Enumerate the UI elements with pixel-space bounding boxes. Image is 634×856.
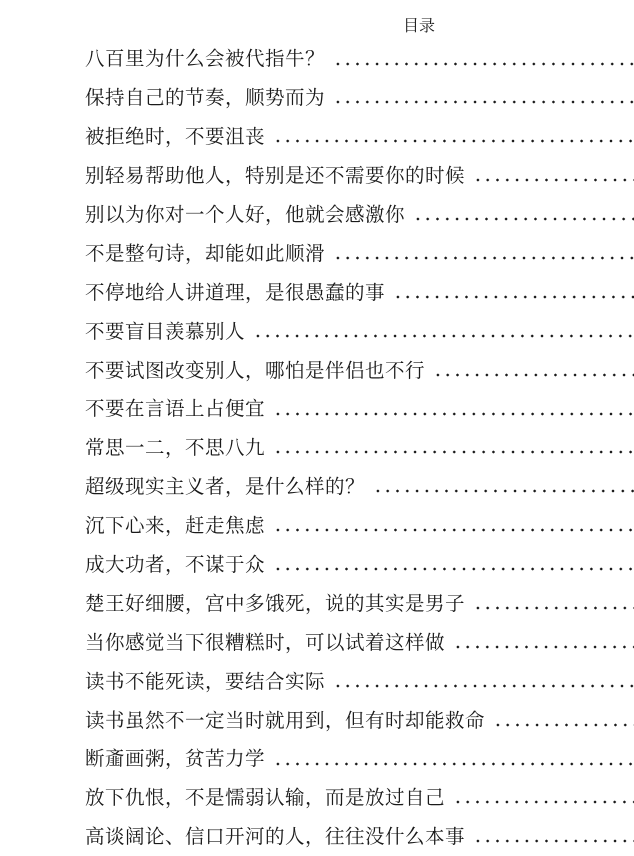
toc-entry-title: 别以为你对一个人好，他就会感激你	[85, 199, 405, 227]
toc-entry[interactable]: 读书不能死读，要结合实际	[0, 660, 634, 699]
dot-leader	[371, 466, 634, 505]
toc-entry-title: 读书不能死读，要结合实际	[85, 666, 325, 694]
dot-leader	[271, 116, 634, 155]
toc-entry[interactable]: 保持自己的节奏，顺势而为	[0, 77, 634, 116]
dot-leader	[331, 38, 634, 77]
toc-entry[interactable]: 别轻易帮助他人，特别是还不需要你的时候	[0, 155, 634, 194]
toc-entry[interactable]: 沉下心来，赶走焦虑	[0, 505, 634, 544]
toc-entry[interactable]: 不要在言语上占便宜	[0, 388, 634, 427]
toc-entry-title: 不要试图改变别人，哪怕是伴侣也不行	[85, 355, 425, 383]
dot-leader	[271, 388, 634, 427]
toc-entry[interactable]: 楚王好细腰，宫中多饿死，说的其实是男子	[0, 582, 634, 621]
dot-leader	[331, 660, 634, 699]
dot-leader	[451, 621, 634, 660]
toc-entry-title: 保持自己的节奏，顺势而为	[85, 82, 325, 110]
toc-entry-title: 别轻易帮助他人，特别是还不需要你的时候	[85, 160, 465, 188]
toc-entry-title: 高谈阔论、信口开河的人，往往没什么本事	[85, 821, 465, 849]
dot-leader	[271, 505, 634, 544]
toc-entry[interactable]: 常思一二，不思八九	[0, 427, 634, 466]
toc-entry-title: 沉下心来，赶走焦虑	[85, 510, 265, 538]
toc-entry[interactable]: 不是整句诗，却能如此顺滑	[0, 232, 634, 271]
dot-leader	[271, 427, 634, 466]
toc-entry-title: 楚王好细腰，宫中多饿死，说的其实是男子	[85, 588, 465, 616]
toc-entry-title: 常思一二，不思八九	[85, 432, 265, 460]
page-title: 目录	[403, 17, 435, 37]
toc-entry[interactable]: 被拒绝时，不要沮丧	[0, 116, 634, 155]
dot-leader	[251, 310, 634, 349]
toc-entry-title: 不停地给人讲道理，是很愚蠢的事	[85, 277, 385, 305]
toc-entry-title: 放下仇恨，不是懦弱认输，而是放过自己	[85, 782, 445, 810]
toc-entry-title: 不是整句诗，却能如此顺滑	[85, 238, 325, 266]
toc-entry[interactable]: 断齑画粥，贫苦力学	[0, 738, 634, 777]
dot-leader	[331, 77, 634, 116]
dot-leader	[471, 155, 634, 194]
toc-entry-title: 成大功者，不谋于众	[85, 549, 265, 577]
toc-entry-title: 被拒绝时，不要沮丧	[85, 121, 265, 149]
toc-entry-title: 读书虽然不一定当时就用到，但有时却能救命	[85, 705, 485, 733]
toc-entry-title: 断齑画粥，贫苦力学	[85, 743, 265, 771]
toc-entry-title: 超级现实主义者，是什么样的？	[85, 471, 365, 499]
dot-leader	[431, 349, 634, 388]
toc-page: 目录 八百里为什么会被代指牛？ 保持自己的节奏，顺势而为 被拒绝时，不要沮丧 别…	[0, 0, 634, 856]
toc-entry[interactable]: 当你感觉当下很糟糕时，可以试着这样做	[0, 621, 634, 660]
dot-leader	[451, 777, 634, 816]
toc-entry-title: 当你感觉当下很糟糕时，可以试着这样做	[85, 627, 445, 655]
toc-entry[interactable]: 不停地给人讲道理，是很愚蠢的事	[0, 271, 634, 310]
dot-leader	[491, 699, 634, 738]
toc-entry-title: 不要盲目羡慕别人	[85, 316, 245, 344]
dot-leader	[391, 271, 634, 310]
toc-entry[interactable]: 不要盲目羡慕别人	[0, 310, 634, 349]
dot-leader	[331, 232, 634, 271]
toc-entry[interactable]: 超级现实主义者，是什么样的？	[0, 466, 634, 505]
dot-leader	[471, 816, 634, 855]
dot-leader	[411, 194, 634, 233]
toc-entry[interactable]: 高谈阔论、信口开河的人，往往没什么本事	[0, 816, 634, 855]
toc-list: 八百里为什么会被代指牛？ 保持自己的节奏，顺势而为 被拒绝时，不要沮丧 别轻易帮…	[0, 38, 634, 855]
toc-entry[interactable]: 成大功者，不谋于众	[0, 544, 634, 583]
toc-entry[interactable]: 不要试图改变别人，哪怕是伴侣也不行	[0, 349, 634, 388]
toc-entry-title: 不要在言语上占便宜	[85, 393, 265, 421]
toc-entry[interactable]: 八百里为什么会被代指牛？	[0, 38, 634, 77]
toc-entry[interactable]: 放下仇恨，不是懦弱认输，而是放过自己	[0, 777, 634, 816]
dot-leader	[471, 582, 634, 621]
dot-leader	[271, 738, 634, 777]
toc-entry[interactable]: 别以为你对一个人好，他就会感激你	[0, 194, 634, 233]
toc-entry-title: 八百里为什么会被代指牛？	[85, 43, 325, 71]
toc-entry[interactable]: 读书虽然不一定当时就用到，但有时却能救命	[0, 699, 634, 738]
dot-leader	[271, 544, 634, 583]
